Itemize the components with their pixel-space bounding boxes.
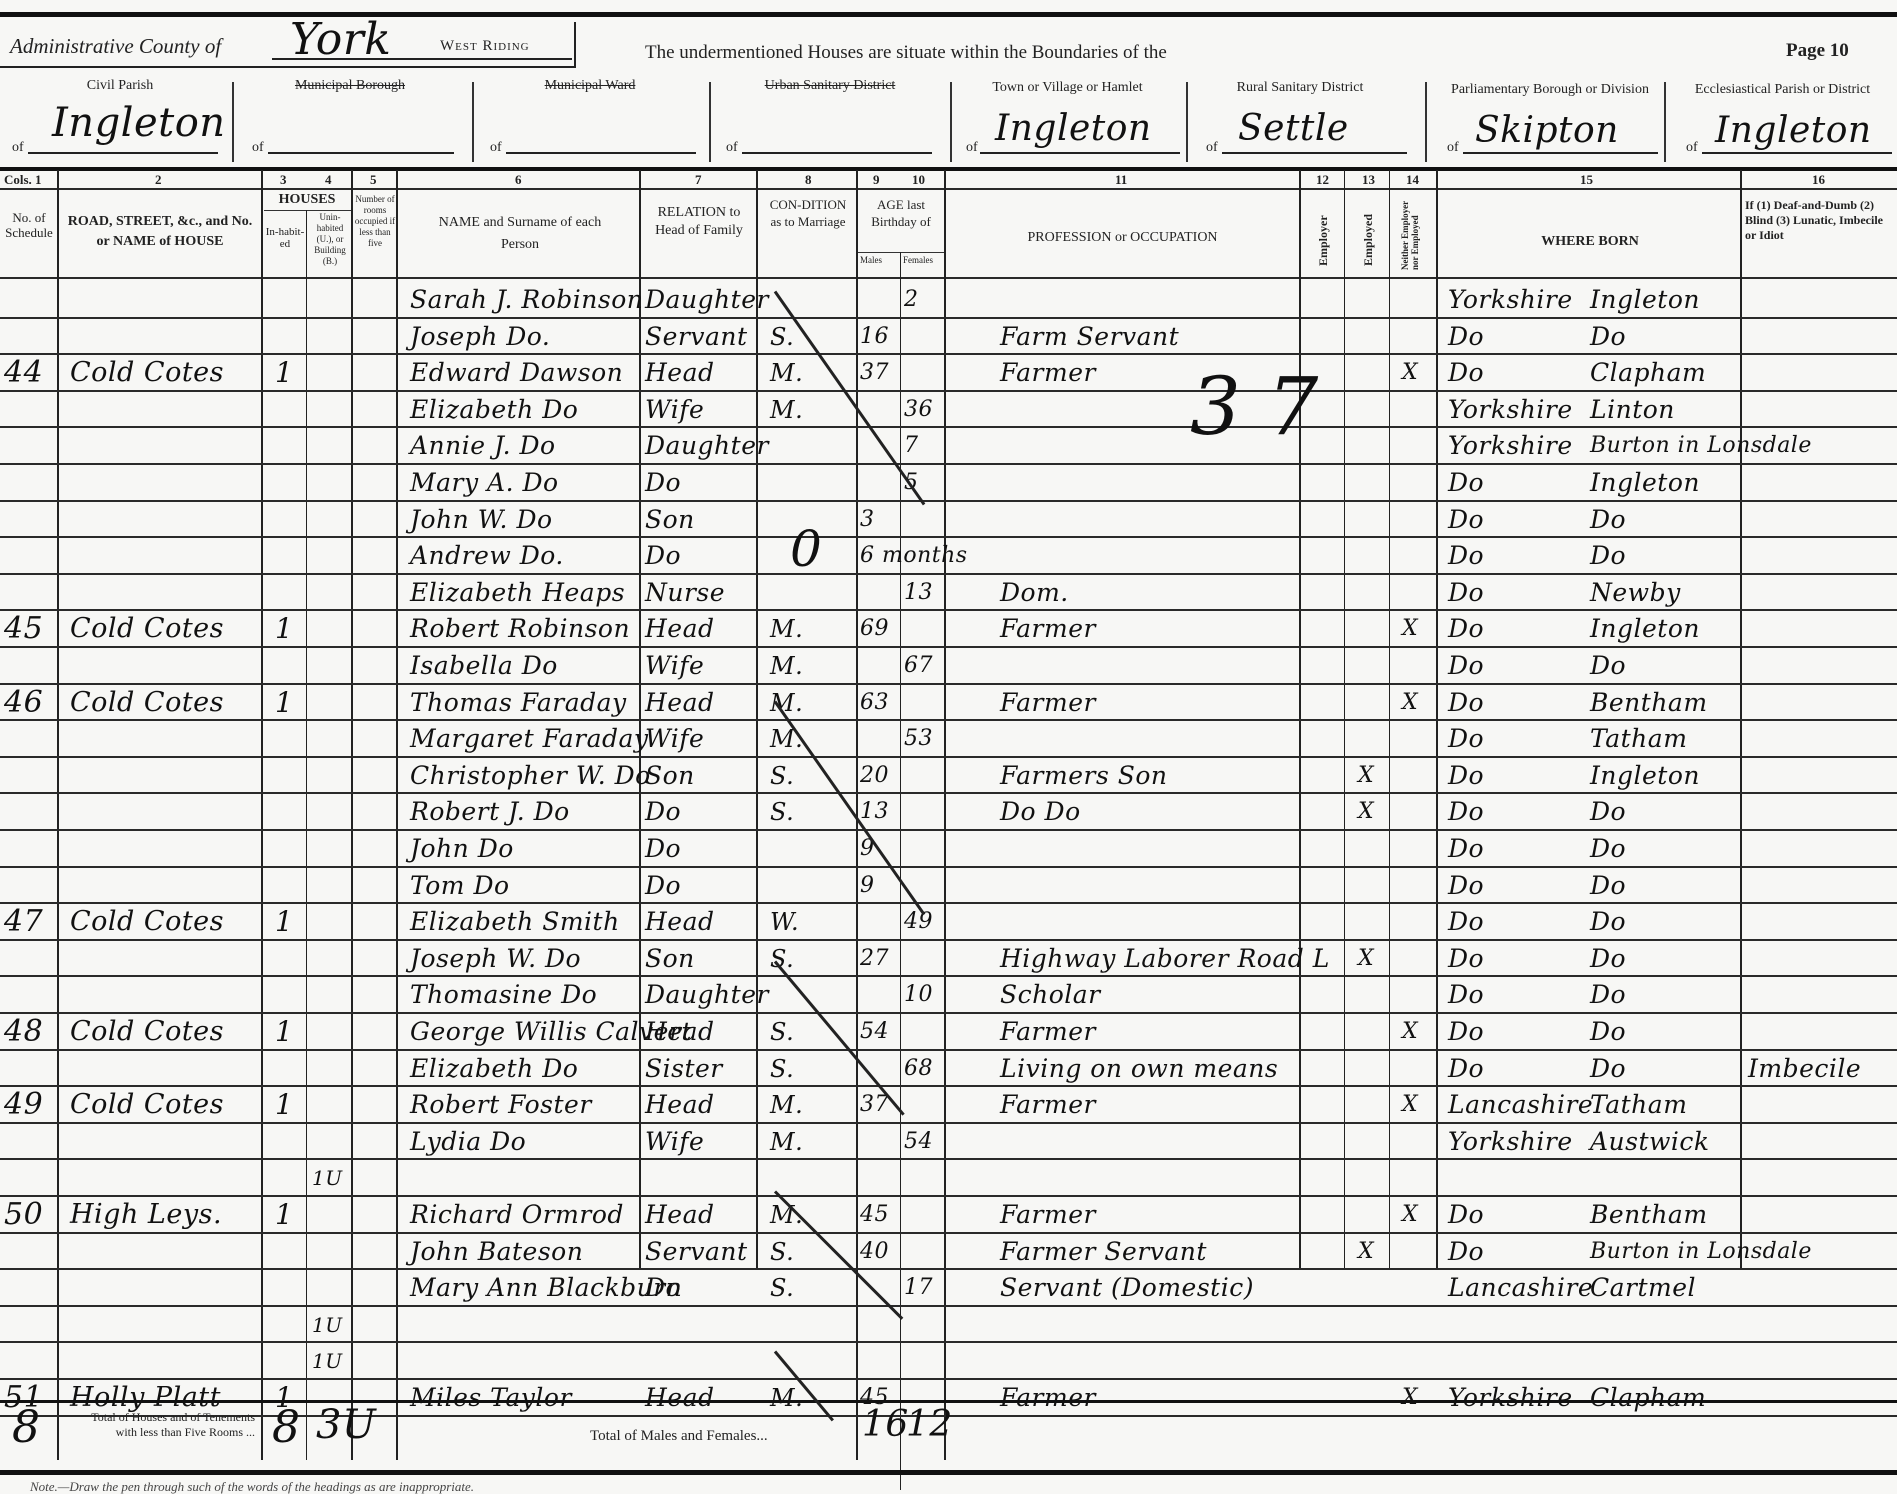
cell-occupation: Do Do [1000,792,1300,828]
cell-condition: S. [770,1232,850,1268]
cell-uninhabited [312,792,350,828]
cell-infirmity [1748,573,1893,609]
field-line [1702,152,1892,154]
cell-road: Cold Cotes [70,609,260,645]
header-road: ROAD, STREET, &c., and No. or NAME of HO… [62,212,258,252]
cell-schedule [4,1305,56,1341]
cell-inhabited [275,939,305,975]
cell-road: Holly Platt [70,1378,260,1414]
cell-inhabited [275,829,305,865]
cell-inhabited [275,1268,305,1304]
cell-inhabited [275,1158,305,1194]
cell-occupation [1000,646,1300,682]
cell-name: Elizabeth Heaps [410,573,645,609]
district-value-town: Ingleton [995,108,1152,149]
cell-employed [1358,1158,1388,1194]
cell-male-age [860,573,904,609]
cell-female-age: 2 [904,280,946,316]
cell-rooms [356,1012,394,1048]
cell-inhabited [275,975,305,1011]
district-divider [950,82,952,162]
cell-relation: Nurse [645,573,760,609]
of-prefix: of [252,140,264,156]
cell-employed [1358,573,1388,609]
header-occupation: PROFESSION or OCCUPATION [950,230,1295,245]
cell-relation: Wife [645,1122,760,1158]
cell-name: George Willis Calvert [410,1012,645,1048]
cell-employed [1358,609,1388,645]
cell-condition [770,829,850,865]
cell-uninhabited [312,609,350,645]
district-label-parliamentary: Parliamentary Borough or Division [1430,82,1670,97]
cell-infirmity [1748,353,1893,389]
cell-occupation: Farmer [1000,609,1300,645]
cell-employed [1358,1085,1388,1121]
top-border-rule [0,12,1897,17]
district-divider [472,82,474,162]
cell-employer [1312,500,1342,536]
cell-born-county [1448,1341,1588,1377]
cell-employer [1312,1232,1342,1268]
cell-inhabited [275,536,305,572]
col-line [57,170,59,1460]
cell-rooms [356,353,394,389]
cell-occupation [1000,463,1300,499]
cell-occupation: Farmer [1000,1195,1300,1231]
cell-infirmity [1748,756,1893,792]
cell-occupation [1000,500,1300,536]
cell-born-county: Do [1448,1012,1588,1048]
cell-neither: X [1402,609,1432,645]
cell-uninhabited [312,939,350,975]
cell-infirmity [1748,500,1893,536]
district-divider [709,82,711,162]
cell-schedule [4,500,56,536]
cell-employed [1358,683,1388,719]
cell-inhabited [275,573,305,609]
cell-neither [1402,1341,1432,1377]
cell-born-county: Do [1448,609,1588,645]
district-value-ecclesiastical: Ingleton [1715,110,1872,151]
cell-employer [1312,792,1342,828]
cell-employed [1358,1268,1388,1304]
cell-employer [1312,1158,1342,1194]
district-label-town: Town or Village or Hamlet [955,80,1180,95]
cell-occupation: Living on own means [1000,1049,1300,1085]
header-houses: HOUSES [264,192,350,207]
cell-name: Isabella Do [410,646,645,682]
of-prefix: of [966,140,978,156]
of-prefix: of [490,140,502,156]
cell-male-age [860,646,904,682]
cell-inhabited [275,719,305,755]
cell-name: Sarah J. Robinson [410,280,645,316]
cell-condition: M. [770,390,850,426]
cell-male-age [860,1341,904,1377]
total-houses-label: Total of Houses and of Tenements with le… [70,1410,255,1440]
riding-label: West Riding [440,38,530,55]
cell-female-age: 5 [904,463,946,499]
cell-name: Miles Taylor [410,1378,645,1414]
cell-employer [1312,1268,1342,1304]
total-schedules: 8 [12,1402,41,1453]
header-schedule: No. of Schedule [2,210,56,240]
cell-relation: Head [645,1378,760,1414]
cell-female-age [904,609,946,645]
cell-employer [1312,1305,1342,1341]
cell-relation: Head [645,1195,760,1231]
cell-employer [1312,1195,1342,1231]
cell-neither [1402,463,1432,499]
cell-male-age [860,1122,904,1158]
cell-inhabited [275,1305,305,1341]
footer-note: Note.—Draw the pen through such of the w… [30,1479,474,1494]
col-number: 12 [1316,172,1329,188]
district-divider [232,82,234,162]
cell-neither [1402,939,1432,975]
cell-inhabited [275,1232,305,1268]
cell-neither [1402,573,1432,609]
cell-female-age: 54 [904,1122,946,1158]
cell-born-county: Do [1448,866,1588,902]
cell-occupation: Highway Laborer Road L [1000,939,1300,975]
col-number: 10 [912,172,925,188]
header-inhabited: In-habit-ed [264,226,306,250]
cell-uninhabited [312,646,350,682]
cell-schedule [4,1049,56,1085]
cell-male-age: 40 [860,1232,904,1268]
cell-road [70,317,260,353]
cell-male-age [860,1158,904,1194]
cell-employed [1358,1195,1388,1231]
page-number: Page 10 [1786,40,1849,62]
cell-infirmity [1748,1158,1893,1194]
col-number: 3 [280,172,287,188]
cell-female-age [904,1158,946,1194]
cell-female-age [904,1341,946,1377]
cell-name: Margaret Faraday [410,719,645,755]
admin-county-label: Administrative County of [10,34,221,59]
cell-name: Elizabeth Do [410,390,645,426]
header-infirmity: If (1) Deaf-and-Dumb (2) Blind (3) Lunat… [1745,198,1893,243]
cell-road [70,463,260,499]
cell-inhabited: 1 [275,1085,305,1121]
col-number: 13 [1362,172,1375,188]
cell-neither: X [1402,1085,1432,1121]
cell-male-age: 3 [860,500,904,536]
cell-schedule [4,939,56,975]
field-line [28,152,218,154]
cell-born-county: Yorkshire [1448,1122,1588,1158]
cell-name [410,1341,645,1377]
cell-name: Andrew Do. [410,536,645,572]
cell-relation: Daughter [645,280,760,316]
cell-rooms [356,1122,394,1158]
cell-uninhabited [312,756,350,792]
cell-inhabited [275,426,305,462]
col-number: 14 [1406,172,1419,188]
annotation-occupation: 3 7 [1190,360,1319,453]
cell-relation: Servant [645,1232,760,1268]
cell-employed: X [1358,1232,1388,1268]
cell-relation: Head [645,353,760,389]
cell-employed [1358,866,1388,902]
of-prefix: of [1686,140,1698,156]
cell-infirmity [1748,829,1893,865]
cell-inhabited [275,463,305,499]
header-neither: Neither Employer nor Employed [1400,190,1430,270]
cell-born-county: Do [1448,1232,1588,1268]
cell-born-county: Do [1448,463,1588,499]
header-bottom-rule [0,277,1897,279]
cell-name: Thomasine Do [410,975,645,1011]
header-males: Males [860,255,882,265]
cell-female-age: 17 [904,1268,946,1304]
cell-female-age: 53 [904,719,946,755]
cell-schedule: 50 [4,1195,56,1231]
district-label-municipal-ward: Municipal Ward [520,78,660,93]
cell-male-age: 13 [860,792,904,828]
header-uninhabited: Unin-habited (U.), or Building (B.) [309,212,351,267]
cell-born-county [1448,1158,1588,1194]
col-number-rule [0,188,1897,190]
field-line [1463,152,1658,154]
cell-schedule [4,829,56,865]
cell-employed [1358,1049,1388,1085]
cell-relation: Wife [645,646,760,682]
header-where-born: WHERE BORN [1440,234,1740,249]
cell-employed [1358,646,1388,682]
district-label-municipal-borough: Municipal Borough [270,78,430,93]
cell-neither [1402,500,1432,536]
cell-male-age: 6 months [860,536,904,572]
cell-relation: Head [645,683,760,719]
cell-name: Christopher W. Do [410,756,645,792]
cell-road [70,426,260,462]
cell-schedule [4,280,56,316]
cell-male-age: 63 [860,683,904,719]
cell-female-age: 36 [904,390,946,426]
cell-condition [770,573,850,609]
cell-employed: X [1358,756,1388,792]
cell-rooms [356,792,394,828]
cell-uninhabited [312,426,350,462]
cell-rooms [356,1158,394,1194]
cell-male-age: 69 [860,609,904,645]
cell-infirmity [1748,1305,1893,1341]
col-number: 8 [805,172,812,188]
cell-name: Tom Do [410,866,645,902]
total-inhabited: 8 [272,1402,301,1453]
cell-inhabited: 1 [275,353,305,389]
cell-rooms [356,902,394,938]
cell-female-age [904,317,946,353]
cell-employed [1358,426,1388,462]
header-age: AGE last Birthday of [858,196,944,230]
cell-male-age: 16 [860,317,904,353]
cell-uninhabited [312,866,350,902]
cell-road [70,1268,260,1304]
cell-employer [1312,646,1342,682]
cell-female-age [904,756,946,792]
cell-name: John W. Do [410,500,645,536]
cell-female-age: 67 [904,646,946,682]
header-separator [0,167,1897,171]
cell-name: Robert Foster [410,1085,645,1121]
cell-born-county: Do [1448,317,1588,353]
cell-occupation [1000,1305,1300,1341]
cell-relation: Wife [645,719,760,755]
cell-uninhabited: 1U [312,1158,350,1194]
cell-infirmity [1748,1085,1893,1121]
cell-employed [1358,1378,1388,1414]
cell-inhabited [275,1049,305,1085]
cell-condition: M. [770,1122,850,1158]
cell-occupation: Scholar [1000,975,1300,1011]
cell-male-age [860,280,904,316]
cell-male-age [860,902,904,938]
cell-relation: Do [645,866,760,902]
cell-female-age [904,1305,946,1341]
col-number: 16 [1812,172,1825,188]
cell-rooms [356,426,394,462]
cell-road [70,280,260,316]
cell-name: Joseph Do. [410,317,645,353]
cell-born-county: Do [1448,1195,1588,1231]
district-value-parliamentary: Skipton [1475,110,1619,151]
cell-female-age [904,353,946,389]
admin-county-line [272,58,572,60]
cell-employer [1312,1049,1342,1085]
cell-condition: S. [770,1268,850,1304]
cell-rooms [356,829,394,865]
cell-road [70,573,260,609]
cell-name: Annie J. Do [410,426,645,462]
cell-schedule [4,792,56,828]
cell-condition: S. [770,1012,850,1048]
cell-rooms [356,463,394,499]
cell-road [70,792,260,828]
cell-rooms [356,1305,394,1341]
cell-employer [1312,866,1342,902]
cell-road [70,390,260,426]
cell-inhabited [275,500,305,536]
cell-born-county: Yorkshire [1448,280,1588,316]
field-line [506,152,696,154]
cell-employed [1358,390,1388,426]
cell-male-age [860,975,904,1011]
cell-inhabited: 1 [275,1012,305,1048]
cell-infirmity [1748,939,1893,975]
district-label-rural-sanitary: Rural Sanitary District [1195,80,1405,95]
cell-rooms [356,1341,394,1377]
of-prefix: of [726,140,738,156]
cell-male-age [860,719,904,755]
cell-female-age [904,939,946,975]
cell-infirmity [1748,792,1893,828]
cell-relation: Son [645,939,760,975]
cell-relation: Head [645,902,760,938]
cell-uninhabited [312,975,350,1011]
cell-female-age [904,829,946,865]
cell-relation: Do [645,1268,760,1304]
cell-road: Cold Cotes [70,902,260,938]
cell-relation: Servant [645,317,760,353]
cell-condition: S. [770,317,850,353]
cell-condition: S. [770,756,850,792]
cell-occupation [1000,902,1300,938]
cell-condition: M. [770,609,850,645]
cell-neither [1402,1305,1432,1341]
cell-uninhabited [312,573,350,609]
cell-relation [645,1341,760,1377]
header-employed: Employed [1361,196,1376,266]
cell-female-age [904,500,946,536]
header-rooms: Number of rooms occupied if less than fi… [354,194,396,249]
cell-rooms [356,536,394,572]
cell-name: Robert Robinson [410,609,645,645]
field-line [980,152,1180,154]
cell-neither [1402,280,1432,316]
cell-neither [1402,902,1432,938]
cell-infirmity [1748,280,1893,316]
cell-rooms [356,280,394,316]
cell-employed: X [1358,939,1388,975]
cell-employed [1358,975,1388,1011]
cell-male-age [860,1049,904,1085]
cell-neither: X [1402,683,1432,719]
of-prefix: of [1206,140,1218,156]
cell-relation: Head [645,1085,760,1121]
cell-schedule: 46 [4,683,56,719]
cell-infirmity [1748,463,1893,499]
cell-female-age: 49 [904,902,946,938]
cell-employer [1312,573,1342,609]
cell-uninhabited [312,1232,350,1268]
cell-road [70,1122,260,1158]
cell-inhabited [275,1341,305,1377]
cell-employed [1358,317,1388,353]
cell-road [70,866,260,902]
cell-born-county: Do [1448,902,1588,938]
cell-schedule: 49 [4,1085,56,1121]
cell-rooms [356,1085,394,1121]
cell-born-county [1448,1305,1588,1341]
cell-neither [1402,792,1432,828]
cell-employed [1358,1341,1388,1377]
age-rule [858,252,946,253]
cell-neither: X [1402,1012,1432,1048]
cell-rooms [356,756,394,792]
cell-rooms [356,939,394,975]
cell-uninhabited [312,463,350,499]
cell-born-county: Yorkshire [1448,426,1588,462]
cell-infirmity [1748,1195,1893,1231]
cell-infirmity [1748,902,1893,938]
cell-born-county: Do [1448,975,1588,1011]
cell-neither [1402,1122,1432,1158]
cell-uninhabited [312,280,350,316]
cell-name: Joseph W. Do [410,939,645,975]
cell-male-age [860,1305,904,1341]
cell-relation: Do [645,536,760,572]
cell-employer [1312,975,1342,1011]
col-number: 5 [370,172,377,188]
cell-neither [1402,1158,1432,1194]
cell-infirmity [1748,1232,1893,1268]
cell-infirmity [1748,426,1893,462]
cell-rooms [356,1232,394,1268]
